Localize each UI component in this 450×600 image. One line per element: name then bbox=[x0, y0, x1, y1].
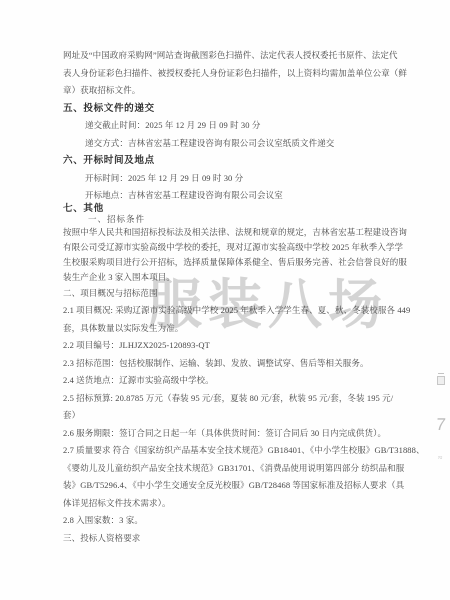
faint-seven-mark: 7 bbox=[435, 415, 447, 435]
section-heading-bid-opening: 六、开标时间及地点 bbox=[63, 152, 390, 170]
item-2-8-shortlist-count: 2.8 入围家数：3 家。 bbox=[63, 512, 390, 530]
item-2-3-scope: 2.3 招标范围：包括校服制作、运输、装卸、发放、调整试穿、售后等相关服务。 bbox=[63, 355, 390, 373]
submission-method: 递交方式：吉林省宏基工程建设咨询有限公司会议室纸质文件递交 bbox=[63, 135, 390, 153]
document-body: 网址及“中国政府采购网”网站查询截图彩色扫描件、法定代表人授权委托书原件、法定代… bbox=[63, 47, 390, 547]
bid-opening-time: 开标时间：2025 年 12 月 29 日 09 时 30 分 bbox=[63, 170, 390, 188]
item-2-5-budget: 2.5 招标预算: 20.8785 万元（春装 95 元/套，夏装 80 元/套… bbox=[63, 390, 390, 408]
item-2-7-continued: 体详见招标文件技术需求）。 bbox=[63, 495, 390, 513]
item-2-7-continued: 装》GB/T5296.4、《中小学生交通安全反光校服》GB/T28468 等国家… bbox=[63, 477, 390, 495]
subsection-project-overview: 二、项目概况与招标范围 bbox=[63, 285, 390, 303]
paragraph-line: 按照中华人民共和国招标投标法及相关法律、法规和规章的规定，吉林省宏基工程建设咨询 bbox=[63, 225, 390, 240]
paragraph-line: 生校服采购项目进行公开招标，选择质量保障体系健全、售后服务完善、社会信誉良好的服 bbox=[63, 255, 390, 270]
faint-squiggle-mark: ≈ bbox=[438, 453, 442, 462]
faint-stamp-mark bbox=[437, 373, 444, 386]
item-2-7-continued: 《婴幼儿及儿童纺织产品安全技术规范》GB31701、《消费品使用说明第四部分 纺… bbox=[63, 460, 390, 478]
faint-dash-mark bbox=[438, 373, 444, 374]
paragraph-line: 有限公司受辽源市实验高级中学校的委托，现对辽源市实验高级中学校 2025 年秋季… bbox=[63, 240, 390, 255]
section-heading-submission: 五、投标文件的递交 bbox=[63, 100, 390, 118]
paragraph-line: 网址及“中国政府采购网”网站查询截图彩色扫描件、法定代表人授权委托书原件、法定代 bbox=[63, 47, 390, 65]
item-2-5-continued: 套） bbox=[63, 407, 390, 425]
item-2-1-continued: 套，具体数量以实际发生为准。 bbox=[63, 320, 390, 338]
submission-deadline: 递交截止时间：2025 年 12 月 29 日 09 时 30 分 bbox=[63, 117, 390, 135]
item-2-1-overview: 2.1 项目概况: 采购辽源市实验高级中学校 2025 年秋季入学学生春、夏、秋… bbox=[63, 302, 390, 320]
paragraph-line: 表人身份证彩色扫描件、被授权委托人身份证彩色扫描件，以上资料均需加盖单位公章（鲜 bbox=[63, 65, 390, 83]
item-2-6-service-term: 2.6 服务期限：签订合同之日起一年（具体供货时间：签订合同后 30 日内完成供… bbox=[63, 425, 390, 443]
item-2-2-project-number: 2.2 项目编号：JLHJZX2025-120893-QT bbox=[63, 337, 390, 355]
scanned-document-page: 服装八场 7 ≈ 网址及“中国政府采购网”网站查询截图彩色扫描件、法定代表人授权… bbox=[0, 0, 450, 600]
paragraph-line: 装生产企业 3 家入围本项目。 bbox=[63, 270, 390, 285]
item-2-4-delivery-place: 2.4 送货地点：辽源市实验高级中学校。 bbox=[63, 372, 390, 390]
item-2-7-quality: 2.7 质量要求 符合《国家纺织产品基本安全技术规范》GB18401、《中小学生… bbox=[63, 442, 390, 460]
subsection-bidder-qualifications: 三、投标人资格要求 bbox=[63, 530, 390, 548]
faint-box-mark bbox=[437, 376, 445, 385]
paragraph-line: 章）获取招标文件。 bbox=[63, 82, 390, 100]
